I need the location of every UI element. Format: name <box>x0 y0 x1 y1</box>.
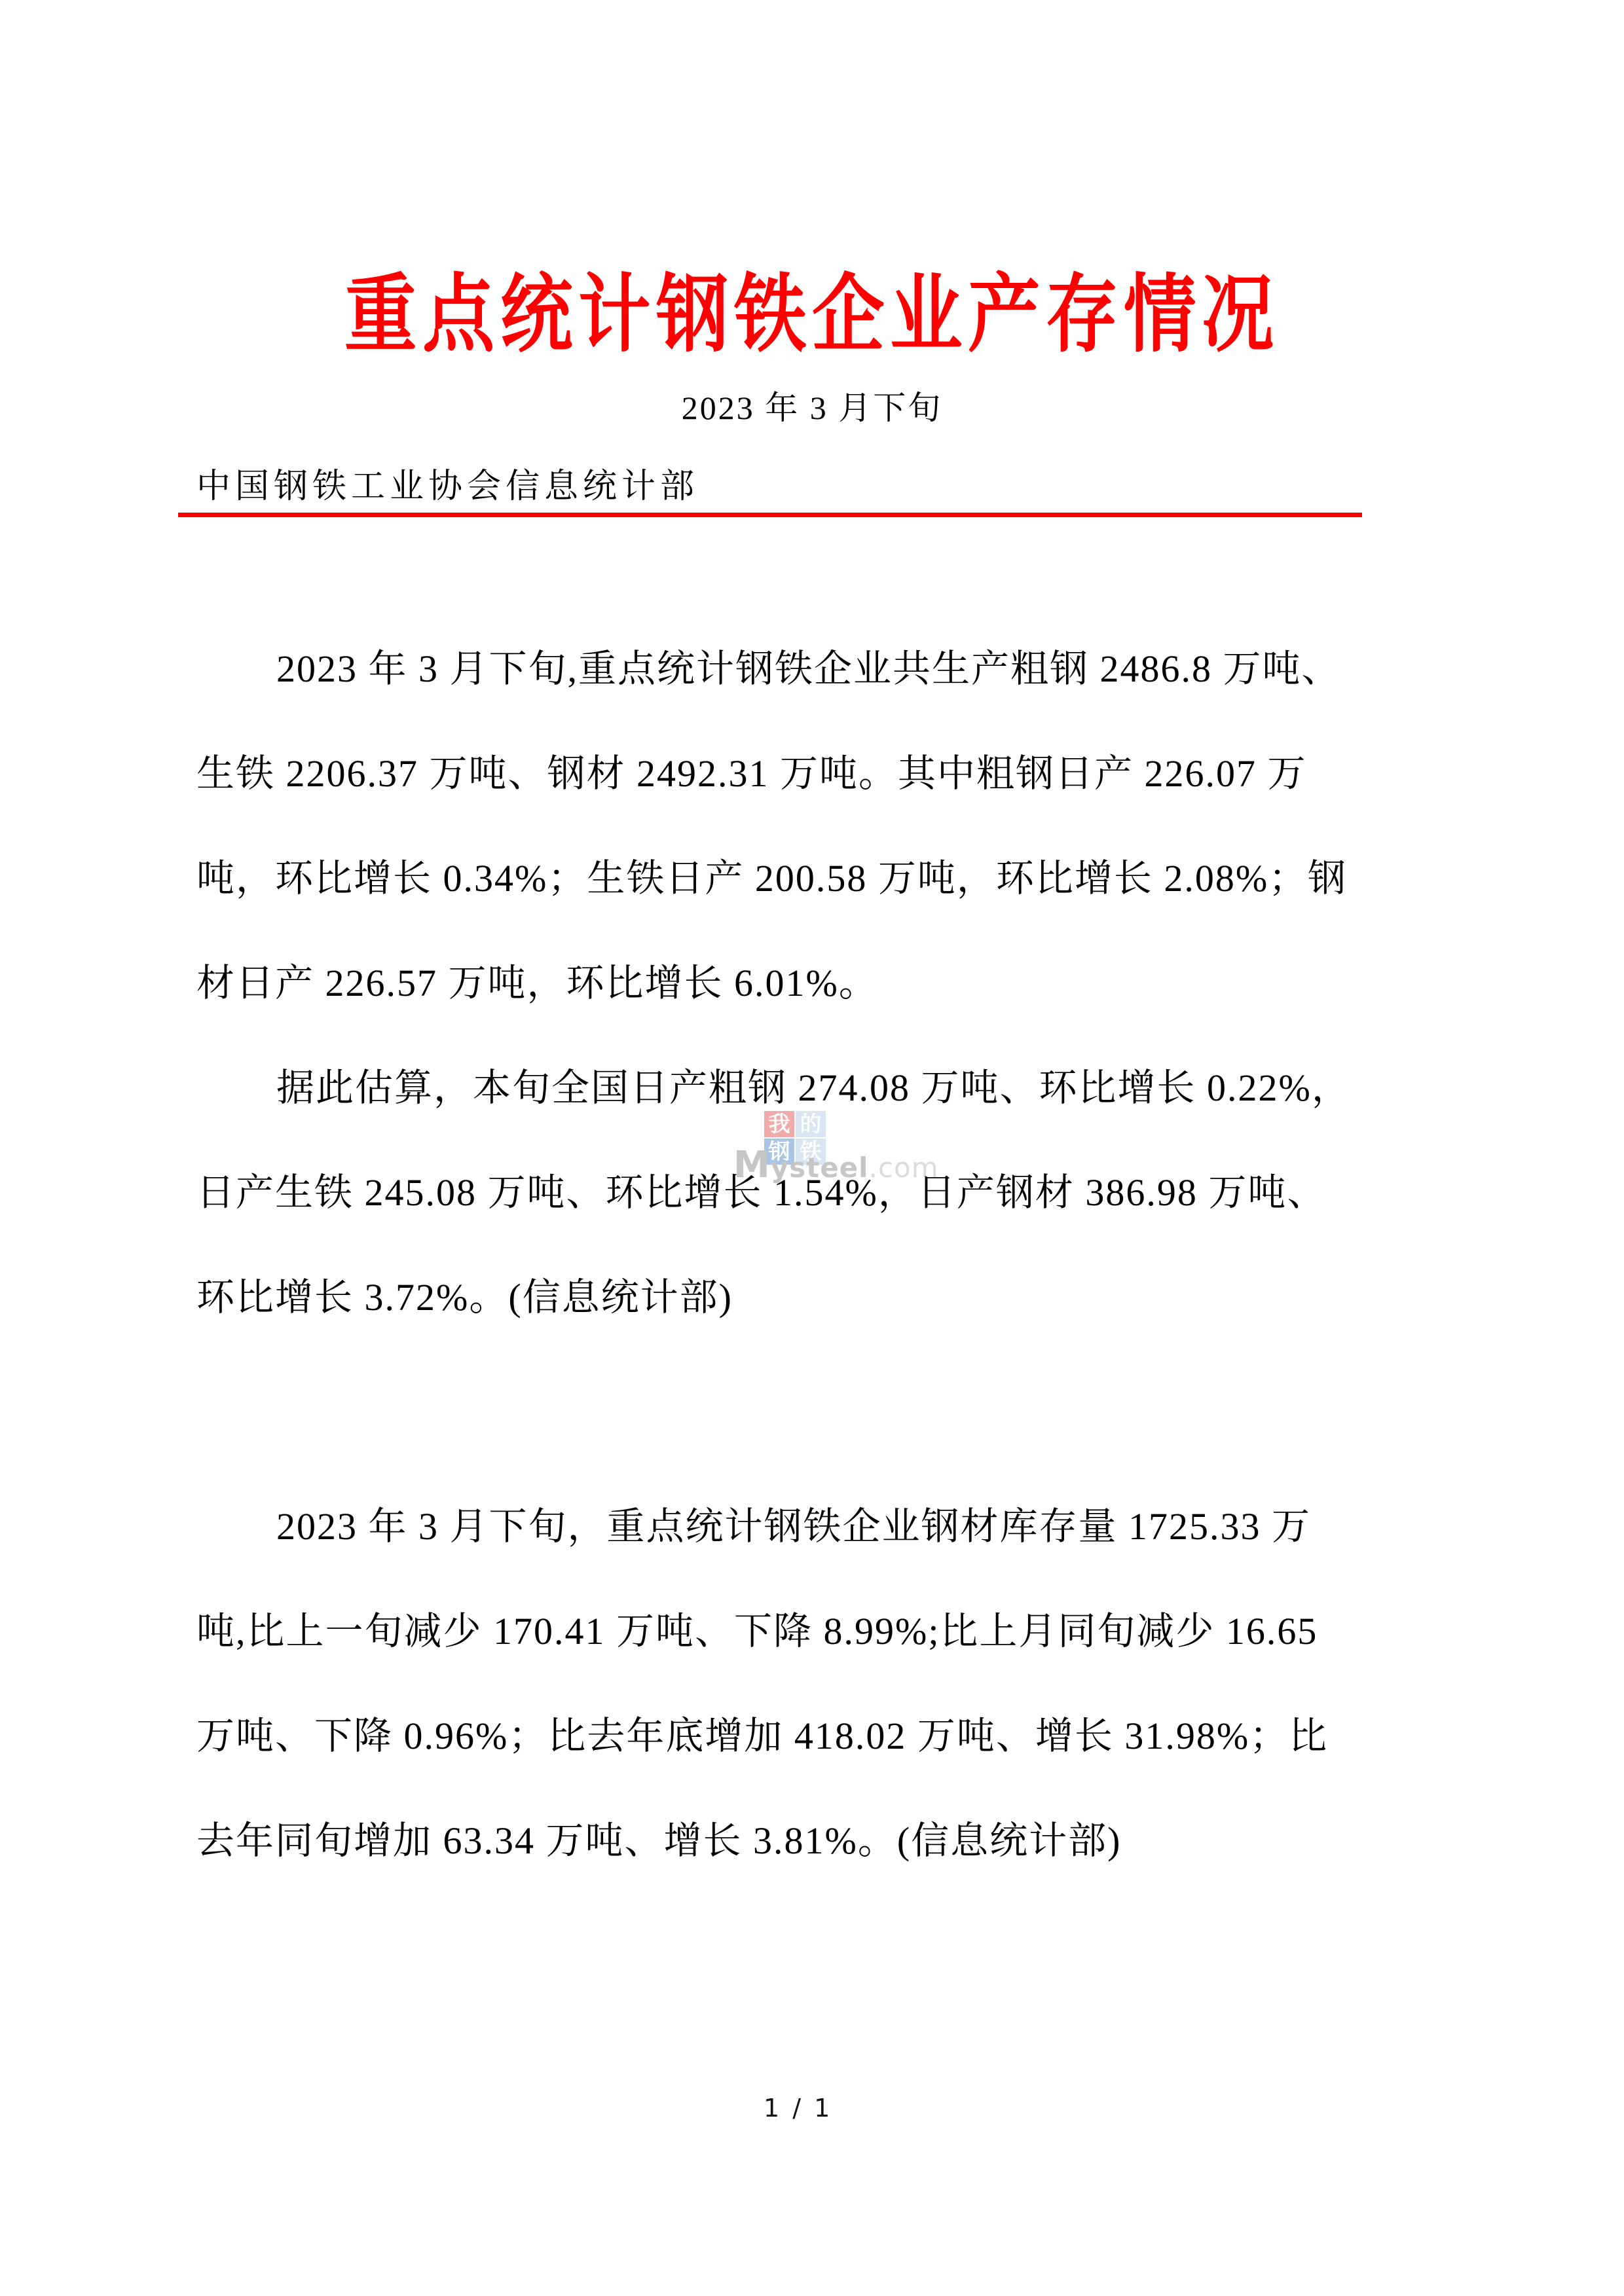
page-number: 1 / 1 <box>764 2092 832 2124</box>
body-line: 吨,比上一旬减少 170.41 万吨、下降 8.99%;比上月同旬减少 16.6… <box>196 1579 1428 1684</box>
red-divider-rule <box>178 513 1362 517</box>
document-title: 重点统计钢铁企业产存情况 <box>122 262 1502 367</box>
document-page: 重点统计钢铁企业产存情况 2023 年 3 月下旬 中国钢铁工业协会信息统计部 … <box>0 0 1624 2296</box>
body-line: 材日产 226.57 万吨，环比增长 6.01%。 <box>196 931 1428 1036</box>
organization-name: 中国钢铁工业协会信息统计部 <box>196 466 699 508</box>
body-line: 万吨、下降 0.96%；比去年底增加 418.02 万吨、增长 31.98%；比 <box>196 1684 1428 1789</box>
body-line: 2023 年 3 月下旬,重点统计钢铁企业共生产粗钢 2486.8 万吨、 <box>196 617 1428 721</box>
paragraph-spacer <box>196 1350 1428 1474</box>
body-line: 去年同旬增加 63.34 万吨、增长 3.81%。(信息统计部) <box>196 1789 1428 1893</box>
document-body: 2023 年 3 月下旬,重点统计钢铁企业共生产粗钢 2486.8 万吨、 生铁… <box>196 617 1428 1893</box>
body-line: 环比增长 3.72%。(信息统计部) <box>196 1245 1428 1350</box>
document-subtitle: 2023 年 3 月下旬 <box>0 385 1624 431</box>
body-line: 2023 年 3 月下旬，重点统计钢铁企业钢材库存量 1725.33 万 <box>196 1474 1428 1579</box>
body-line: 日产生铁 245.08 万吨、环比增长 1.54%，日产钢材 386.98 万吨… <box>196 1140 1428 1245</box>
body-line: 生铁 2206.37 万吨、钢材 2492.31 万吨。其中粗钢日产 226.0… <box>196 721 1428 826</box>
body-line: 据此估算，本旬全国日产粗钢 274.08 万吨、环比增长 0.22%， <box>196 1036 1428 1140</box>
body-line: 吨，环比增长 0.34%；生铁日产 200.58 万吨，环比增长 2.08%；钢 <box>196 826 1428 931</box>
